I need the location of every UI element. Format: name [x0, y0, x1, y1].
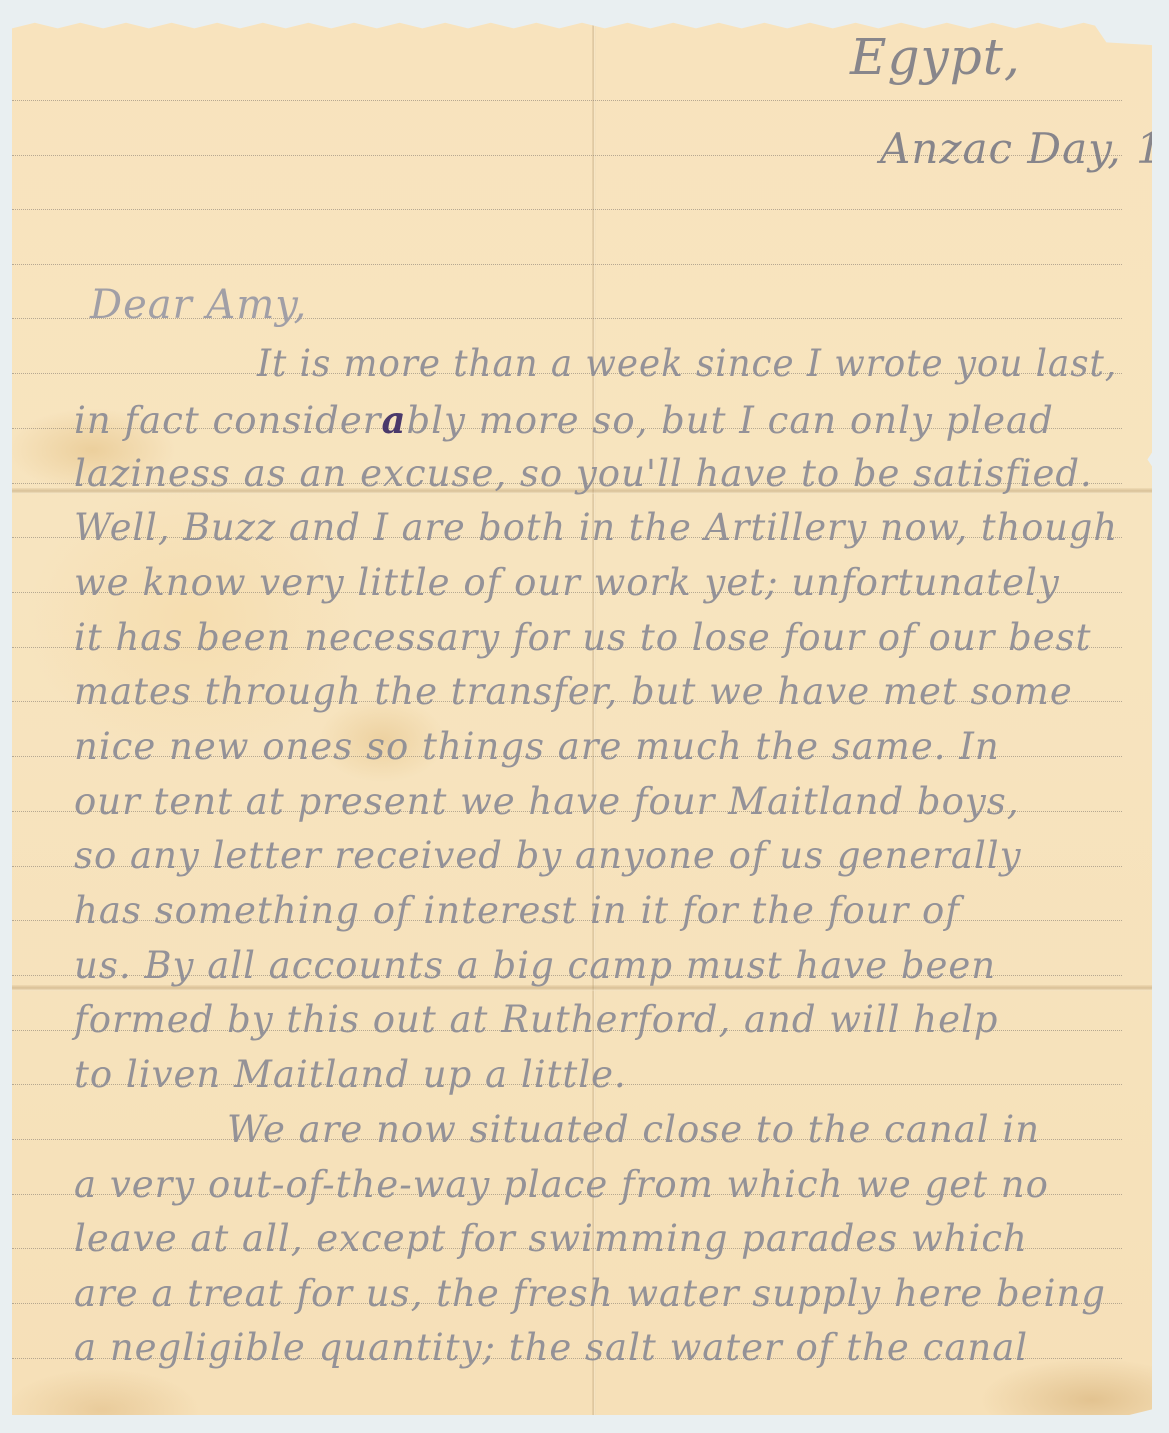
ink-overwrite-mark: a — [381, 398, 406, 442]
letter-line: formed by this out at Rutherford, and wi… — [74, 998, 999, 1041]
letter-place: Egypt, — [850, 28, 1021, 86]
letter-line-part: in fact consider — [74, 399, 381, 442]
letter-line: to liven Maitland up a little. — [74, 1053, 627, 1096]
letter-line: nice new ones so things are much the sam… — [74, 725, 1000, 768]
letter-text: Egypt, Anzac Day, 1916 Dear Amy, It is m… — [12, 20, 1152, 1415]
scanned-letter-page: Egypt, Anzac Day, 1916 Dear Amy, It is m… — [0, 0, 1169, 1433]
letter-date: Anzac Day, 1916 — [880, 124, 1169, 173]
letter-line: so any letter received by anyone of us g… — [74, 834, 1022, 877]
letter-line: We are now situated close to the canal i… — [227, 1108, 1040, 1151]
letter-line: has something of interest in it for the … — [74, 889, 960, 932]
letter-salutation: Dear Amy, — [90, 282, 307, 328]
letter-line: a negligible quantity; the salt water of… — [74, 1326, 1028, 1369]
letter-line: our tent at present we have four Maitlan… — [74, 780, 1020, 823]
letter-line: mates through the transfer, but we have … — [74, 670, 1073, 713]
letter-paper: Egypt, Anzac Day, 1916 Dear Amy, It is m… — [12, 20, 1152, 1415]
letter-line: Well, Buzz and I are both in the Artille… — [74, 506, 1118, 549]
letter-line: us. By all accounts a big camp must have… — [74, 944, 996, 987]
letter-line: in fact considerably more so, but I can … — [74, 398, 1054, 442]
letter-line: it has been necessary for us to lose fou… — [74, 616, 1092, 659]
letter-line: we know very little of our work yet; unf… — [74, 561, 1060, 604]
letter-line: a very out-of-the-way place from which w… — [74, 1163, 1049, 1206]
letter-line-part: bly more so, but I can only plead — [406, 399, 1053, 442]
letter-line: It is more than a week since I wrote you… — [257, 342, 1117, 385]
letter-line: leave at all, except for swimming parade… — [74, 1217, 1028, 1260]
letter-line: laziness as an excuse, so you'll have to… — [74, 452, 1093, 495]
letter-line: are a treat for us, the fresh water supp… — [74, 1272, 1106, 1315]
